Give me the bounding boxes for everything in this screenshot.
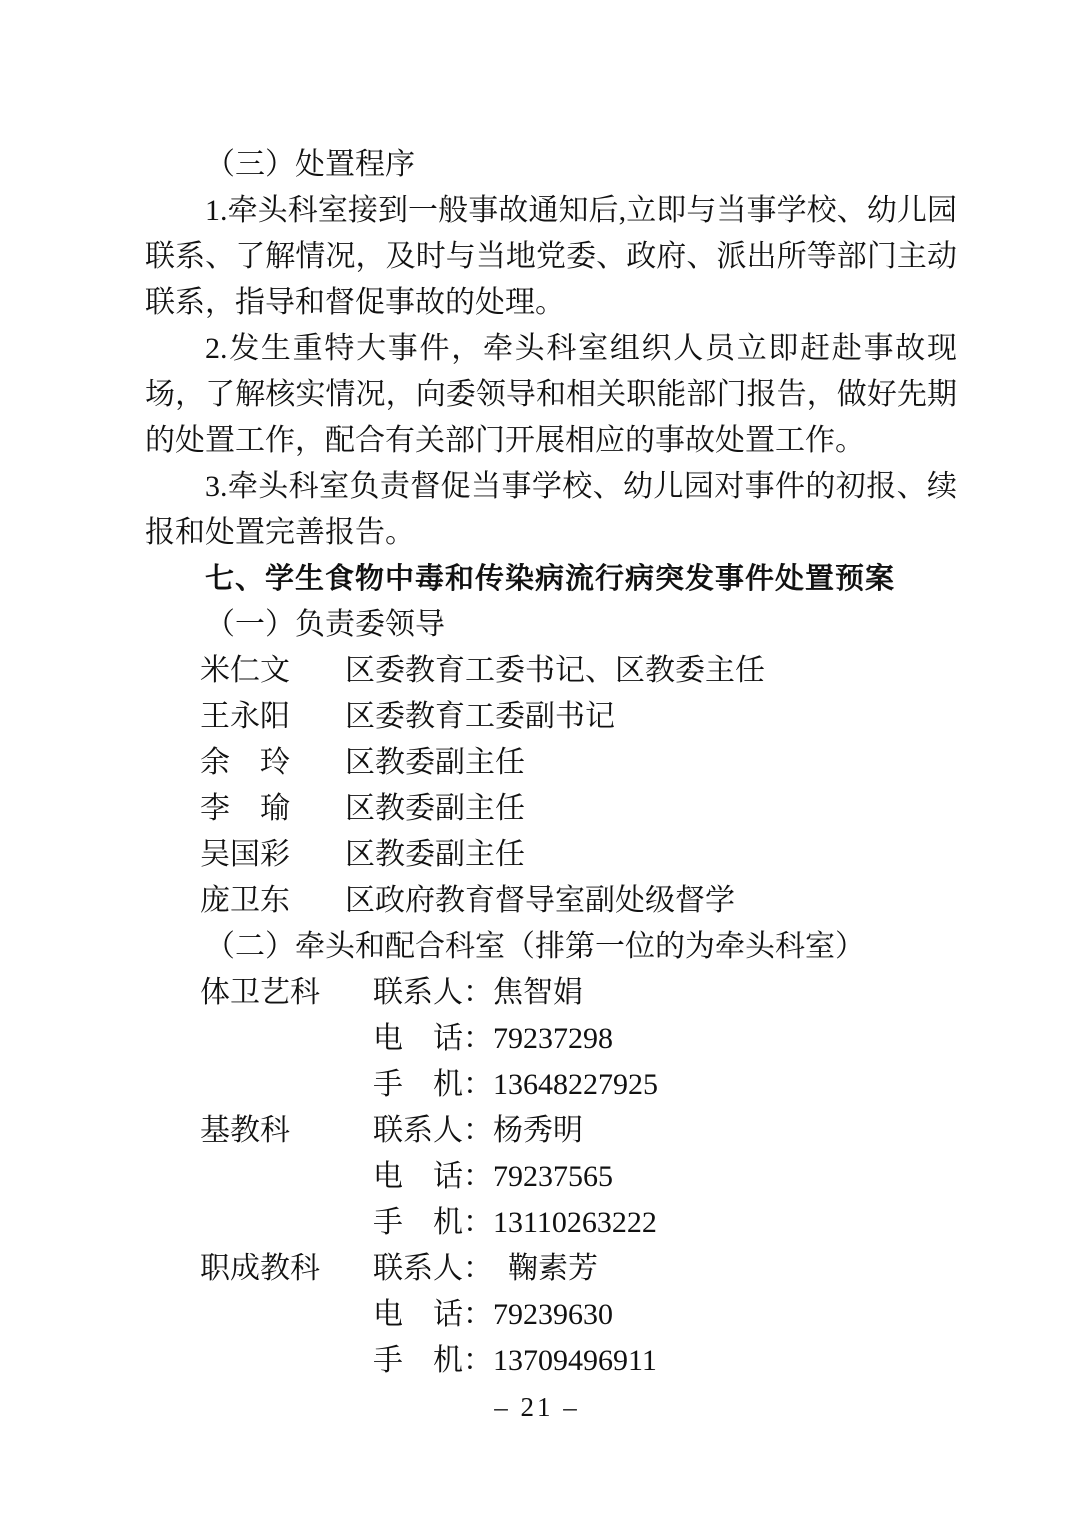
paragraph-1: 1.牵头科室接到一般事故通知后,立即与当事学校、幼儿园联系、了解情况，及时与当地… — [145, 188, 957, 326]
leader-name: 李 瑜 — [200, 786, 345, 832]
paragraph-3: 3.牵头科室负责督促当事学校、幼儿园对事件的初报、续报和处置完善报告。 — [145, 464, 957, 556]
phone-number: 79237565 — [493, 1160, 613, 1193]
leader-row: 庞卫东 区政府教育督导室副处级督学 — [145, 878, 957, 924]
contact-label: 联系人： — [373, 976, 493, 1009]
mobile-label: 手 机： — [373, 1344, 493, 1377]
contact-name: 杨秀明 — [493, 1114, 583, 1147]
leader-name: 吴国彩 — [200, 832, 345, 878]
paragraph-2: 2.发生重特大事件，牵头科室组织人员立即赶赴事故现场，了解核实情况，向委领导和相… — [145, 326, 957, 464]
leader-row: 王永阳 区委教育工委副书记 — [145, 694, 957, 740]
department-name: 基教科 — [200, 1108, 373, 1154]
document-page: （三）处置程序 1.牵头科室接到一般事故通知后,立即与当事学校、幼儿园联系、了解… — [0, 0, 1074, 1520]
department-block: 基教科 联系人：杨秀明 电 话：79237565 手 机：13110263222 — [145, 1108, 957, 1246]
phone-line: 电 话：79237298 — [373, 1016, 957, 1062]
mobile-line: 手 机：13110263222 — [373, 1200, 957, 1246]
department-block: 体卫艺科 联系人：焦智娟 电 话：79237298 手 机：1364822792… — [145, 970, 957, 1108]
subsection-1-heading: （一）负责委领导 — [145, 602, 957, 648]
mobile-number: 13110263222 — [493, 1206, 657, 1239]
leader-name: 王永阳 — [200, 694, 345, 740]
section-3-heading: （三）处置程序 — [145, 142, 957, 188]
leader-name: 米仁文 — [200, 648, 345, 694]
subsection-2-heading: （二）牵头和配合科室（排第一位的为牵头科室） — [145, 924, 957, 970]
department-contact-lines: 联系人： 鞠素芳 电 话：79239630 手 机：13709496911 — [373, 1246, 957, 1384]
contact-name: 焦智娟 — [493, 976, 583, 1009]
department-contact-lines: 联系人：杨秀明 电 话：79237565 手 机：13110263222 — [373, 1108, 957, 1246]
mobile-label: 手 机： — [373, 1068, 493, 1101]
leader-row: 余 玲 区教委副主任 — [145, 740, 957, 786]
department-block: 职成教科 联系人： 鞠素芳 电 话：79239630 手 机：137094969… — [145, 1246, 957, 1384]
phone-line: 电 话：79239630 — [373, 1292, 957, 1338]
mobile-label: 手 机： — [373, 1206, 493, 1239]
leader-title: 区委教育工委书记、区教委主任 — [345, 648, 957, 694]
leader-title: 区教委副主任 — [345, 832, 957, 878]
leader-row: 李 瑜 区教委副主任 — [145, 786, 957, 832]
mobile-line: 手 机：13709496911 — [373, 1338, 957, 1384]
contact-label: 联系人： — [373, 1114, 493, 1147]
contact-name: 鞠素芳 — [478, 1252, 598, 1285]
department-contact-lines: 联系人：焦智娟 电 话：79237298 手 机：13648227925 — [373, 970, 957, 1108]
leader-name: 余 玲 — [200, 740, 345, 786]
leader-title: 区委教育工委副书记 — [345, 694, 957, 740]
leader-name: 庞卫东 — [200, 878, 345, 924]
mobile-number: 13709496911 — [493, 1344, 657, 1377]
phone-label: 电 话： — [373, 1160, 493, 1193]
mobile-number: 13648227925 — [493, 1068, 658, 1101]
phone-number: 79237298 — [493, 1022, 613, 1055]
phone-number: 79239630 — [493, 1298, 613, 1331]
contact-person-line: 联系人：焦智娟 — [373, 970, 957, 1016]
leader-title: 区教委副主任 — [345, 740, 957, 786]
leader-title: 区政府教育督导室副处级督学 — [345, 878, 957, 924]
department-name: 体卫艺科 — [200, 970, 373, 1016]
contact-label: 联系人： — [373, 1252, 478, 1285]
page-number: – 21 – — [0, 1392, 1074, 1423]
phone-label: 电 话： — [373, 1022, 493, 1055]
leader-title: 区教委副主任 — [345, 786, 957, 832]
mobile-line: 手 机：13648227925 — [373, 1062, 957, 1108]
section-7-heading: 七、学生食物中毒和传染病流行病突发事件处置预案 — [145, 556, 957, 602]
contact-person-line: 联系人：杨秀明 — [373, 1108, 957, 1154]
phone-label: 电 话： — [373, 1298, 493, 1331]
contact-person-line: 联系人： 鞠素芳 — [373, 1246, 957, 1292]
phone-line: 电 话：79237565 — [373, 1154, 957, 1200]
document-content: （三）处置程序 1.牵头科室接到一般事故通知后,立即与当事学校、幼儿园联系、了解… — [145, 142, 957, 1384]
leader-row: 吴国彩 区教委副主任 — [145, 832, 957, 878]
department-name: 职成教科 — [200, 1246, 373, 1292]
leader-row: 米仁文 区委教育工委书记、区教委主任 — [145, 648, 957, 694]
